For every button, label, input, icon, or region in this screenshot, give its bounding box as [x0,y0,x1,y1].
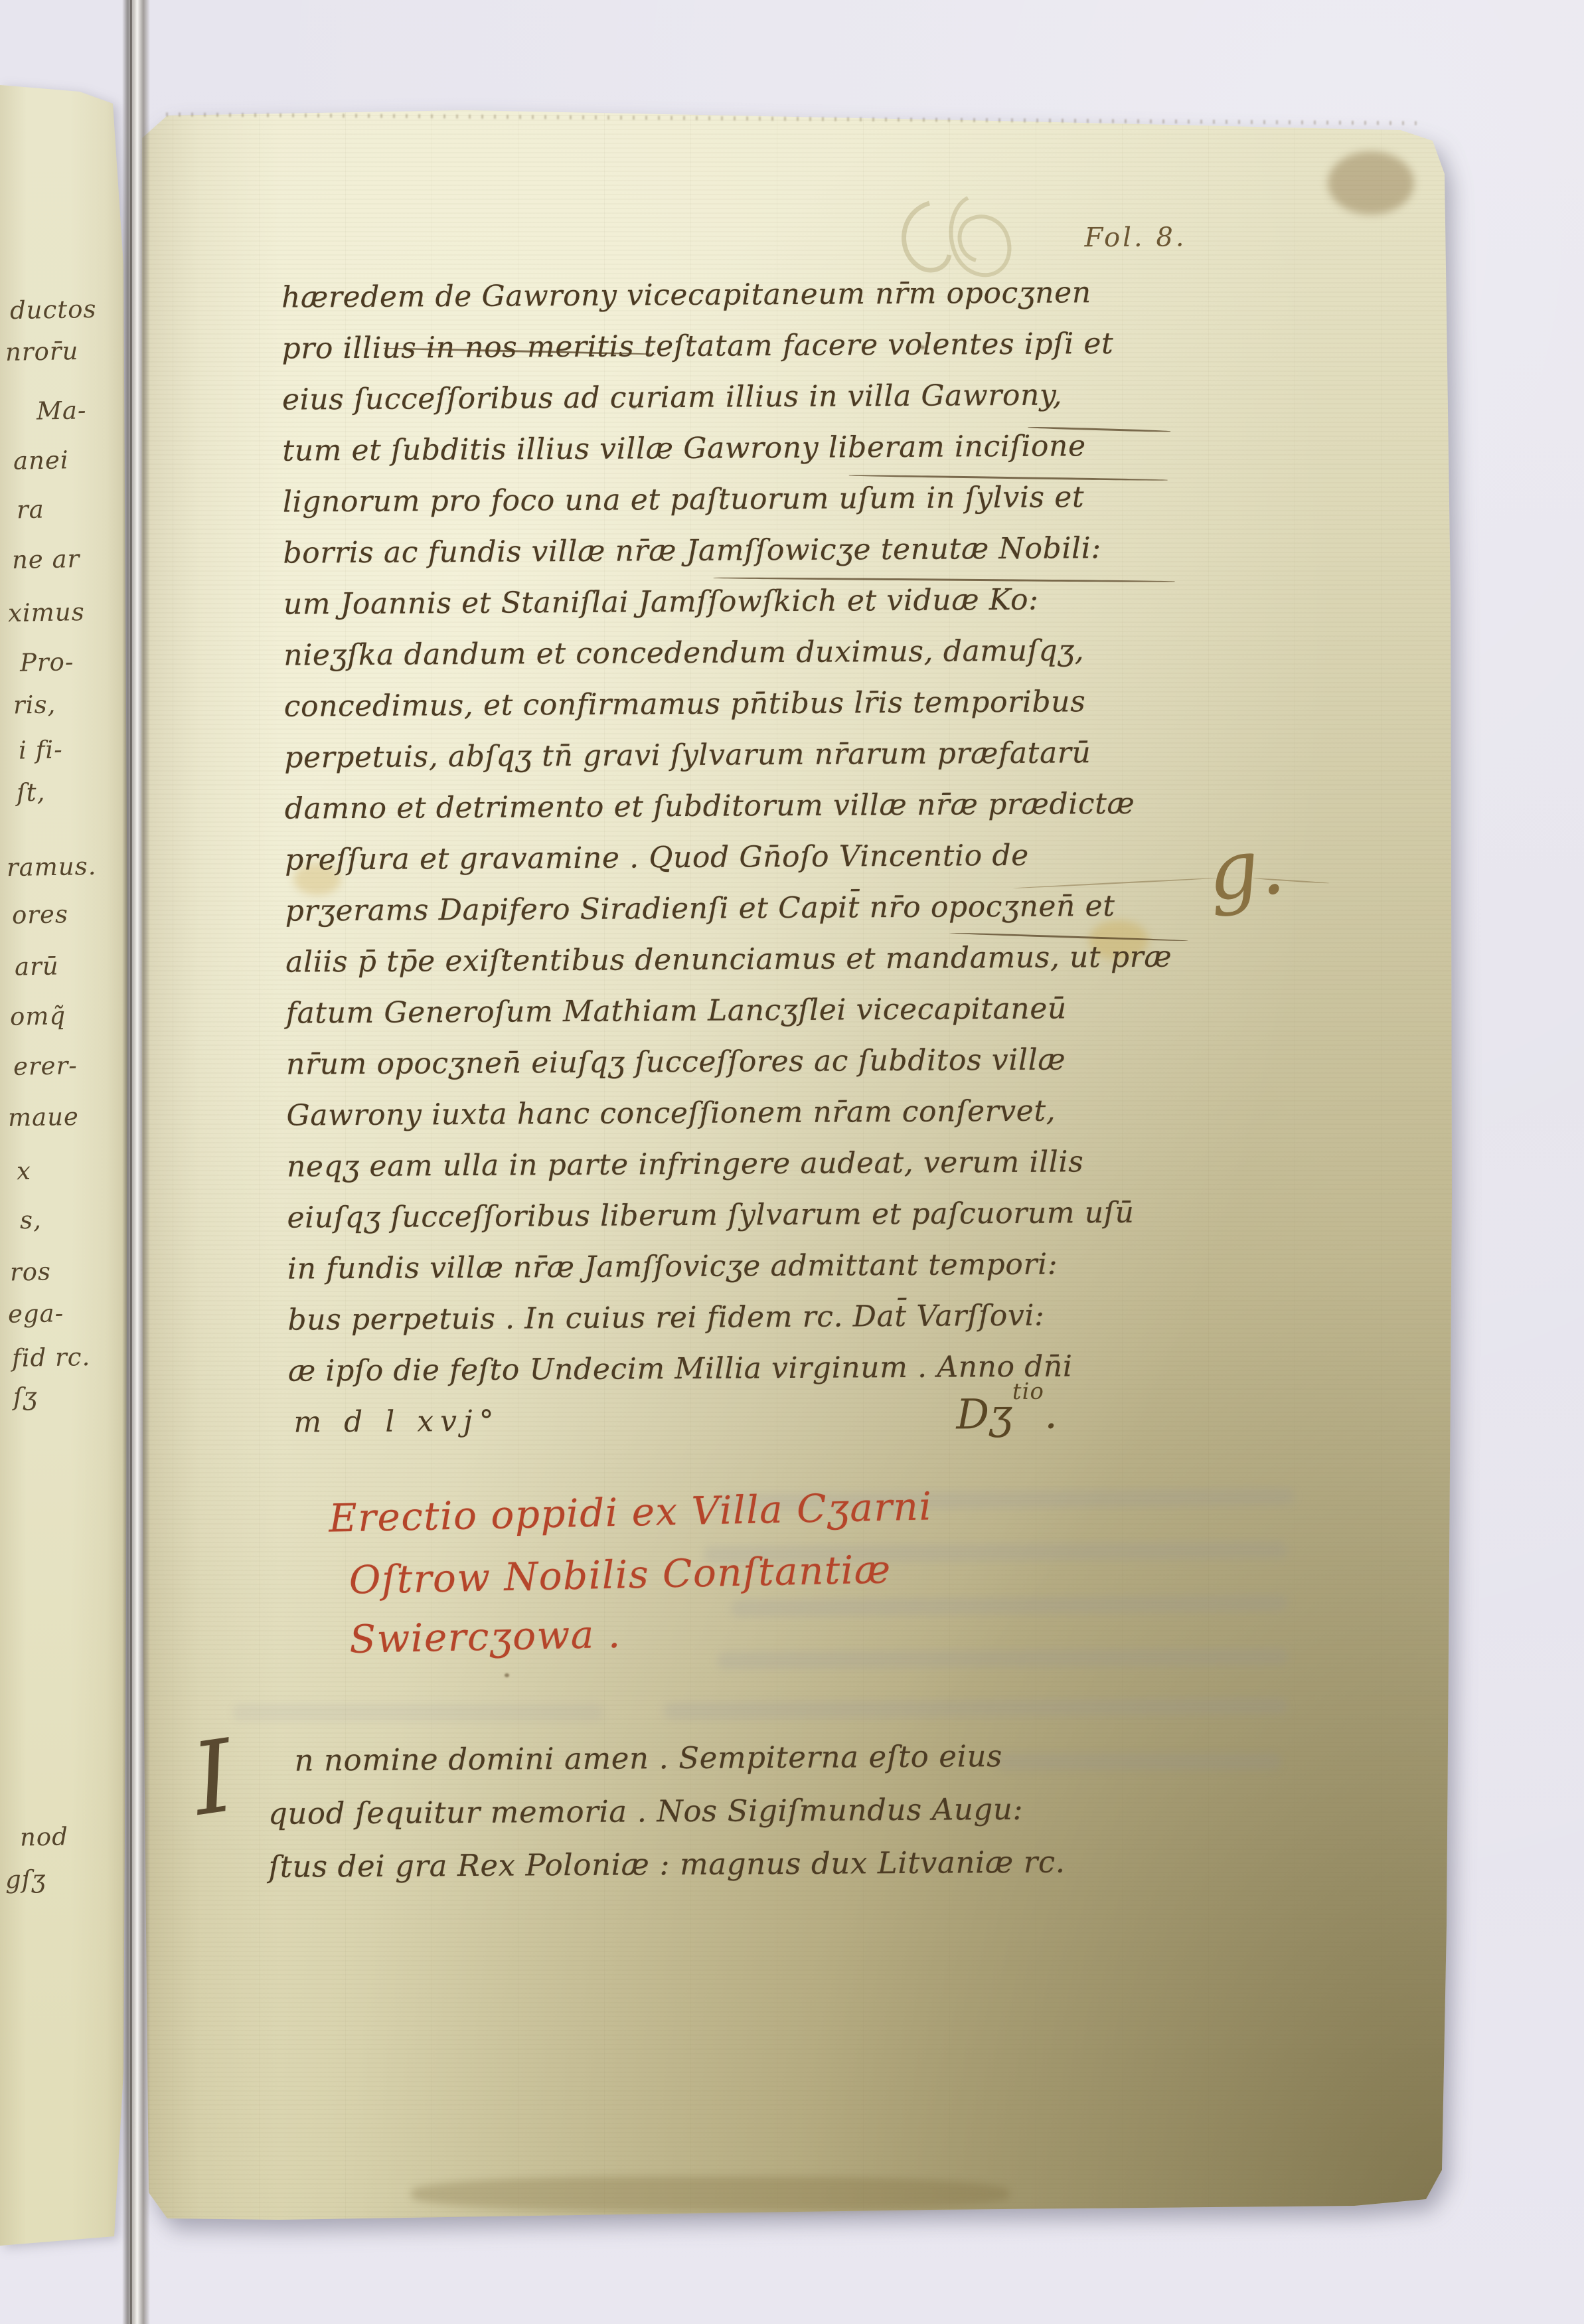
main-text-line: perpetuis, abſqʒ tn̄ gravi ſylvarum nr̄a… [284,736,1091,774]
ink-layer: Fol. 8. hæredem de Gawrony vicecapitaneu… [0,0,1584,2324]
main-text-line: concedimus, et confirmamus pn̄tibus lr̄i… [284,685,1086,723]
main-text-line: eiuſqʒ ſucceſſoribus liberum ſylvarum et… [287,1196,1134,1235]
rubric-line-3: Swiercʒowa . [349,1612,622,1662]
main-text-line: nr̄um opocʒnen̄ eiuſqʒ ſucceſſores ac ſu… [286,1042,1066,1081]
main-text-line: Gawrony iuxta hanc conceſſionem nr̄am co… [286,1094,1056,1133]
rubric-line-1: Erectio oppidi ex Villa Cʒarni [329,1483,933,1540]
main-text-line: borris ac fundis villæ nr̄æ Jamſſowicʒe … [283,531,1101,570]
date-line: m d l xvj° [293,1404,501,1440]
relatio-base: Dʒ [956,1390,1012,1439]
main-text-line: um Joannis et Staniſlai Jamſſowſkich et … [283,583,1039,622]
closing-line-1: n nomine domini amen . Sempiterna eſto e… [294,1738,1002,1778]
scanned-manuscript-photo: ductosnror̄uMa-aneirane arximusPro-ris,i… [0,0,1584,2324]
main-text-line: prʒerams Dapifero Siradienſi et Capit̄ n… [285,889,1115,928]
main-text-line: in fundis villæ nr̄æ Jamſſovicʒe admitta… [287,1248,1058,1286]
main-text-line: eius ſucceſſoribus ad curiam illius in v… [282,378,1062,416]
rubric-line-2: Oſtrow Nobilis Conſtantiæ [349,1546,892,1602]
closing-initial-flourish: I [185,1718,241,1839]
main-text-line: nieʒſka dandum et concedendum duximus, d… [283,633,1084,672]
folio-number: Fol. 8. [1084,222,1186,253]
ink-underline [714,577,1175,582]
main-text-line: aliis p̄ tp̄e exiſtentibus denunciamus e… [285,940,1172,979]
main-text-line: preſſura et gravamine . Quod Gn̄oſo Vinc… [285,839,1029,877]
relatio-superscript: tio [1012,1378,1044,1405]
marginal-hairline [1013,877,1219,888]
relatio-period: . [1044,1390,1058,1438]
main-text-line: æ ipſo die feſto Undecim Millia virginum… [288,1349,1073,1388]
closing-line-2: quod ſequitur memoria . Nos Sigiſmundus … [268,1791,1024,1831]
main-text-line: neqʒ eam ulla in parte infringere audeat… [287,1145,1084,1183]
main-text-line: fatum Generoſum Mathiam Lancʒſlei viceca… [285,991,1067,1030]
main-text-line: pro illius in nos meritis teſtatam facer… [281,327,1113,366]
relatio-mark: Dʒtio. [956,1378,1058,1439]
binding-rod [122,0,150,2324]
main-text-line: tum et ſubditis illius villæ Gawrony lib… [282,429,1086,467]
marginal-flourish-g: g. [1203,819,1289,920]
closing-line-3: ſtus dei gra Rex Poloniæ : magnus dux Li… [268,1845,1065,1884]
main-text-line: damno et detrimento et ſubditorum villæ … [285,787,1135,826]
main-text-line: hæredem de Gawrony vicecapitaneum nr̄m o… [281,276,1091,314]
main-text-line: lignorum pro foco una et paſtuorum uſum … [283,480,1085,519]
main-text-line: bus perpetuis . In cuius rei fidem rc. D… [287,1299,1044,1337]
